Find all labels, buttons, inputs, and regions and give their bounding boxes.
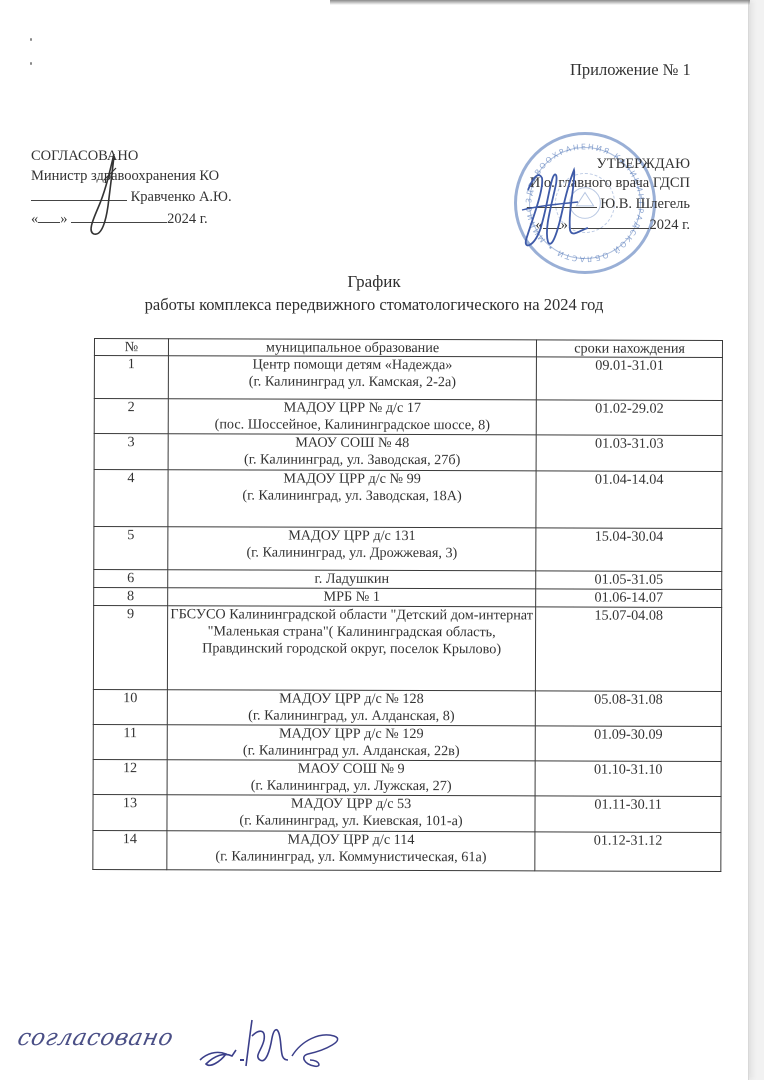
municipality-cell: МАОУ СОШ № 48(г. Калининград, ул. Заводс… <box>168 434 537 471</box>
period-cell: 01.05-31.05 <box>536 571 722 590</box>
row-number: 5 <box>94 527 168 570</box>
row-number: 6 <box>94 570 168 588</box>
scan-speck <box>30 62 32 65</box>
institution-name: МАДОУ ЦРР № д/с 17 <box>171 399 534 417</box>
institution-address: (г. Калининград ул. Камская, 2-2а) <box>171 373 534 391</box>
approval-block-agreed: СОГЛАСОВАНО Министр здравоохранения КО К… <box>31 147 232 229</box>
table-header-row: № муниципальное образование сроки нахожд… <box>94 339 722 358</box>
row-number: 9 <box>93 606 167 690</box>
date-quote-open: « <box>535 217 542 233</box>
column-header-period: сроки нахождения <box>537 340 723 358</box>
approval-signatory: Кравченко А.Ю. <box>131 189 232 205</box>
row-number: 12 <box>93 759 167 794</box>
row-number: 3 <box>94 434 168 470</box>
municipality-cell: МАДОУ ЦРР д/с № 99(г. Калининград, ул. З… <box>168 470 537 528</box>
date-quote-open: « <box>31 211 38 227</box>
approval-position: Министр здравоохранения КО <box>31 167 232 187</box>
table-row: 9ГБСУСО Калининградской области "Детский… <box>93 606 721 692</box>
municipality-cell: МАДОУ ЦРР д/с 53(г. Калининград, ул. Кие… <box>167 795 536 832</box>
table-row: 13МАДОУ ЦРР д/с 53(г. Калининград, ул. К… <box>93 794 721 832</box>
table-row: 12МАОУ СОШ № 9(г. Калининград, ул. Лужск… <box>93 759 721 796</box>
date-month-line <box>71 208 167 223</box>
municipality-cell: МАДОУ ЦРР д/с 131(г. Калининград, ул. Др… <box>168 527 537 571</box>
period-cell: 01.12-31.12 <box>535 832 721 872</box>
table-row: 11МАДОУ ЦРР д/с № 129(г. Калининград ул.… <box>93 724 721 761</box>
document-subtitle: работы комплекса передвижного стоматолог… <box>0 295 748 315</box>
date-day-line <box>543 214 561 229</box>
period-cell: 05.08-31.08 <box>536 691 722 727</box>
institution-name: Центр помощи детям «Надежда» <box>171 356 534 374</box>
approval-year: 2024 г. <box>167 211 208 227</box>
scan-speck <box>30 38 32 41</box>
table-row: 3МАОУ СОШ № 48(г. Калининград, ул. Завод… <box>94 434 722 472</box>
institution-name: г. Ладушкин <box>170 570 533 588</box>
row-number: 14 <box>93 830 167 869</box>
approval-date-line: «» 2024 г. <box>527 214 690 235</box>
institution-name: МАДОУ ЦРР д/с № 99 <box>170 470 533 488</box>
table-row: 4МАДОУ ЦРР д/с № 99(г. Калининград, ул. … <box>94 470 722 529</box>
row-number: 2 <box>94 399 168 434</box>
approval-year: 2024 г. <box>649 217 690 233</box>
date-day-line <box>38 208 60 223</box>
period-cell: 01.02-29.02 <box>536 400 722 436</box>
institution-name: ГБСУСО Калининградской области "Детский … <box>170 606 534 658</box>
institution-address: (г. Калининград, ул. Киевская, 101-а) <box>169 812 532 830</box>
municipality-cell: МАДОУ ЦРР д/с 114(г. Калининград, ул. Ко… <box>167 831 536 871</box>
institution-address: (г. Калининград, ул. Алданская, 8) <box>170 707 533 725</box>
municipality-cell: г. Ладушкин <box>168 570 536 589</box>
period-cell: 15.07-04.08 <box>536 607 722 692</box>
institution-address: (г. Калининград ул. Алданская, 22в) <box>170 742 533 760</box>
institution-name: МРБ № 1 <box>170 588 533 606</box>
table-row: 14МАДОУ ЦРР д/с 114(г. Калининград, ул. … <box>93 830 721 871</box>
scan-edge-shadow <box>330 0 750 5</box>
period-cell: 01.10-31.10 <box>535 761 721 797</box>
institution-address: (пос. Шоссейное, Калининградское шоссе, … <box>171 416 534 434</box>
schedule-table: № муниципальное образование сроки нахожд… <box>92 338 723 872</box>
institution-name: МАОУ СОШ № 48 <box>171 434 534 452</box>
approval-heading: УТВЕРЖДАЮ <box>527 155 690 174</box>
municipality-cell: Центр помощи детям «Надежда»(г. Калининг… <box>168 356 537 400</box>
institution-name: МАДОУ ЦРР д/с № 129 <box>170 725 533 743</box>
municipality-cell: ГБСУСО Калининградской области "Детский … <box>167 606 536 691</box>
institution-address: (г. Калининград, ул. Заводская, 27б) <box>170 451 533 469</box>
municipality-cell: МАДОУ ЦРР д/с № 128(г. Калининград, ул. … <box>167 690 535 726</box>
municipality-cell: МАОУ СОШ № 9(г. Калининград, ул. Лужская… <box>167 760 535 796</box>
document-page: Приложение № 1 СОГЛАСОВАНО Министр здрав… <box>0 0 749 1080</box>
signature-line <box>31 186 127 201</box>
approval-signatory-line: Кравченко А.Ю. <box>31 186 232 208</box>
institution-name: МАДОУ ЦРР д/с № 128 <box>170 690 533 708</box>
period-cell: 01.11-30.11 <box>535 796 721 833</box>
table-row: 1Центр помощи детям «Надежда»(г. Калинин… <box>94 356 722 401</box>
institution-address: (г. Калининград, ул. Заводская, 18А) <box>170 487 533 505</box>
row-number: 13 <box>93 794 167 830</box>
period-cell: 09.01-31.01 <box>537 357 723 401</box>
column-header-number: № <box>94 339 168 356</box>
date-month-line <box>571 214 649 229</box>
institution-address: (г. Калининград, ул. Дрожжевая, 3) <box>170 544 533 562</box>
approval-block-approved: УТВЕРЖДАЮ И.о. главного врача ГДСП Ю.В. … <box>527 155 690 235</box>
period-cell: 01.09-30.09 <box>535 726 721 762</box>
row-number: 8 <box>94 588 168 606</box>
table-row: 6г. Ладушкин01.05-31.05 <box>94 570 722 590</box>
appendix-label: Приложение № 1 <box>570 60 691 80</box>
institution-name: МАДОУ ЦРР д/с 114 <box>169 831 532 849</box>
institution-address: (г. Калининград, ул. Коммунистическая, 6… <box>169 848 532 866</box>
institution-name: МАДОУ ЦРР д/с 131 <box>170 527 533 545</box>
municipality-cell: МАДОУ ЦРР д/с № 129(г. Калининград ул. А… <box>167 725 535 761</box>
row-number: 4 <box>94 470 168 527</box>
table-row: 8МРБ № 101.06-14.07 <box>94 588 722 608</box>
date-quote-close: » <box>60 211 67 227</box>
institution-name: МАОУ СОШ № 9 <box>169 760 532 778</box>
column-header-municipality: муниципальное образование <box>168 339 536 357</box>
period-cell: 01.06-14.07 <box>536 589 722 608</box>
approval-date-line: «» 2024 г. <box>31 208 232 230</box>
period-cell: 01.03-31.03 <box>536 435 722 472</box>
date-quote-close: » <box>561 217 568 233</box>
table-row: 5МАДОУ ЦРР д/с 131(г. Калининград, ул. Д… <box>94 527 722 572</box>
row-number: 1 <box>94 356 168 399</box>
row-number: 10 <box>93 689 167 724</box>
municipality-cell: МАДОУ ЦРР № д/с 17(пос. Шоссейное, Калин… <box>168 399 536 435</box>
approval-heading: СОГЛАСОВАНО <box>31 147 232 167</box>
approval-signatory: Ю.В. Шлегель <box>600 196 690 212</box>
period-cell: 15.04-30.04 <box>536 528 722 572</box>
handwritten-agreed-note: согласовано <box>15 1025 176 1051</box>
table-row: 10МАДОУ ЦРР д/с № 128(г. Калининград, ул… <box>93 689 721 726</box>
handwritten-signature-icon <box>196 1010 356 1080</box>
municipality-cell: МРБ № 1 <box>168 588 536 607</box>
row-number: 11 <box>93 724 167 759</box>
signature-line <box>527 193 597 208</box>
approval-position: И.о. главного врача ГДСП <box>527 174 690 193</box>
document-title: График <box>0 272 748 292</box>
approval-signatory-line: Ю.В. Шлегель <box>527 193 690 214</box>
institution-name: МАДОУ ЦРР д/с 53 <box>169 795 532 813</box>
institution-address: (г. Калининград, ул. Лужская, 27) <box>169 777 532 795</box>
period-cell: 01.04-14.04 <box>536 471 722 529</box>
table-row: 2МАДОУ ЦРР № д/с 17(пос. Шоссейное, Кали… <box>94 399 722 436</box>
